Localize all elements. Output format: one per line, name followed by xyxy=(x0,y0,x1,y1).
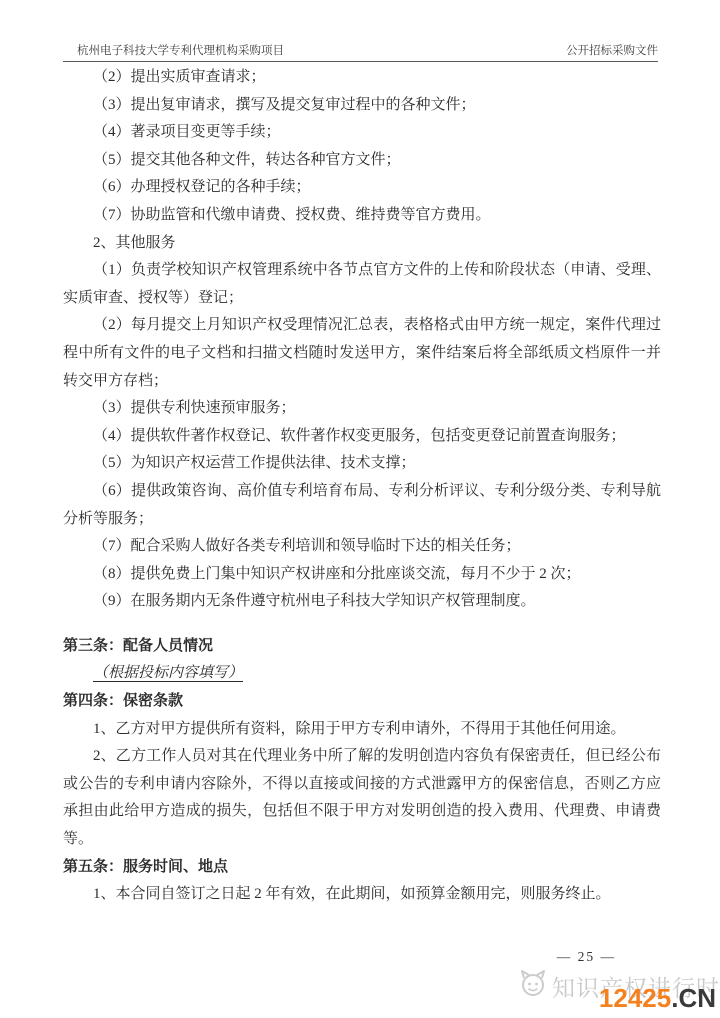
watermark-site-tld: .CN xyxy=(671,983,716,1013)
header-project-title: 杭州电子科技大学专利代理机构采购项目 xyxy=(63,42,284,58)
header-doc-label: 公开招标采购文件 xyxy=(566,42,658,58)
subsection-title: 2、其他服务 xyxy=(63,230,661,258)
clause-item: （4）著录项目变更等手续； xyxy=(63,119,661,147)
clause-item: （6）办理授权登记的各种手续； xyxy=(63,174,661,202)
clause-item: （2）每月提交上月知识产权受理情况汇总表，表格格式由甲方统一规定，案件代理过程中… xyxy=(63,312,661,395)
fill-in-note: （根据投标内容填写） xyxy=(63,660,661,688)
clause-item: 1、本合同自签订之日起 2 年有效，在此期间，如预算金额用完，则服务终止。 xyxy=(63,881,661,909)
document-body: （2）提出实质审查请求； （3）提出复审请求，撰写及提交复审过程中的各种文件； … xyxy=(63,64,661,909)
clause-item: 2、乙方工作人员对其在代理业务中所了解的发明创造内容负有保密责任，但已经公布或公… xyxy=(63,743,661,853)
clause-item: （9）在服务期内无条件遵守杭州电子科技大学知识产权管理制度。 xyxy=(63,588,661,616)
clause-item: （5）为知识产权运营工作提供法律、技术支撑； xyxy=(63,450,661,478)
section-heading-article-5: 第五条：服务时间、地点 xyxy=(63,854,661,882)
watermark-site-number: 12425 xyxy=(599,983,671,1013)
clause-item: （3）提供专利快速预审服务； xyxy=(63,395,661,423)
clause-item: 1、乙方对甲方提供所有资料，除用于甲方专利申请外，不得用于其他任何用途。 xyxy=(63,716,661,744)
clause-item: （5）提交其他各种文件，转达各种官方文件； xyxy=(63,147,661,175)
page-number: — 25 — xyxy=(557,949,616,965)
section-heading-article-3: 第三条：配备人员情况 xyxy=(63,633,661,661)
clause-item: （8）提供免费上门集中知识产权讲座和分批座谈交流，每月不少于 2 次； xyxy=(63,561,661,589)
watermark-site-name: 12425.CN xyxy=(599,983,716,1014)
section-heading-article-4: 第四条：保密条款 xyxy=(63,688,661,716)
clause-item: （6）提供政策咨询、高价值专利培育布局、专利分析评议、专利分级分类、专利导航分析… xyxy=(63,478,661,533)
page-header: 杭州电子科技大学专利代理机构采购项目 公开招标采购文件 xyxy=(63,42,658,62)
clause-item: （1）负责学校知识产权管理系统中各节点官方文件的上传和阶段状态（申请、受理、实质… xyxy=(63,257,661,312)
clause-item: （4）提供软件著作权登记、软件著作权变更服务，包括变更登记前置查询服务； xyxy=(63,423,661,451)
site-watermark: 知识产权进行时 12425.CN xyxy=(518,966,718,1014)
clause-item: （2）提出实质审查请求； xyxy=(63,64,661,92)
clause-item: （7）配合采购人做好各类专利培训和领导临时下达的相关任务； xyxy=(63,533,661,561)
watermark-logo-icon xyxy=(518,968,548,1004)
document-page: 杭州电子科技大学专利代理机构采购项目 公开招标采购文件 （2）提出实质审查请求；… xyxy=(0,0,720,1018)
clause-item: （7）协助监管和代缴申请费、授权费、维持费等官方费用。 xyxy=(63,202,661,230)
clause-item: （3）提出复审请求，撰写及提交复审过程中的各种文件； xyxy=(63,92,661,120)
fill-in-note-text: （根据投标内容填写） xyxy=(93,665,243,681)
